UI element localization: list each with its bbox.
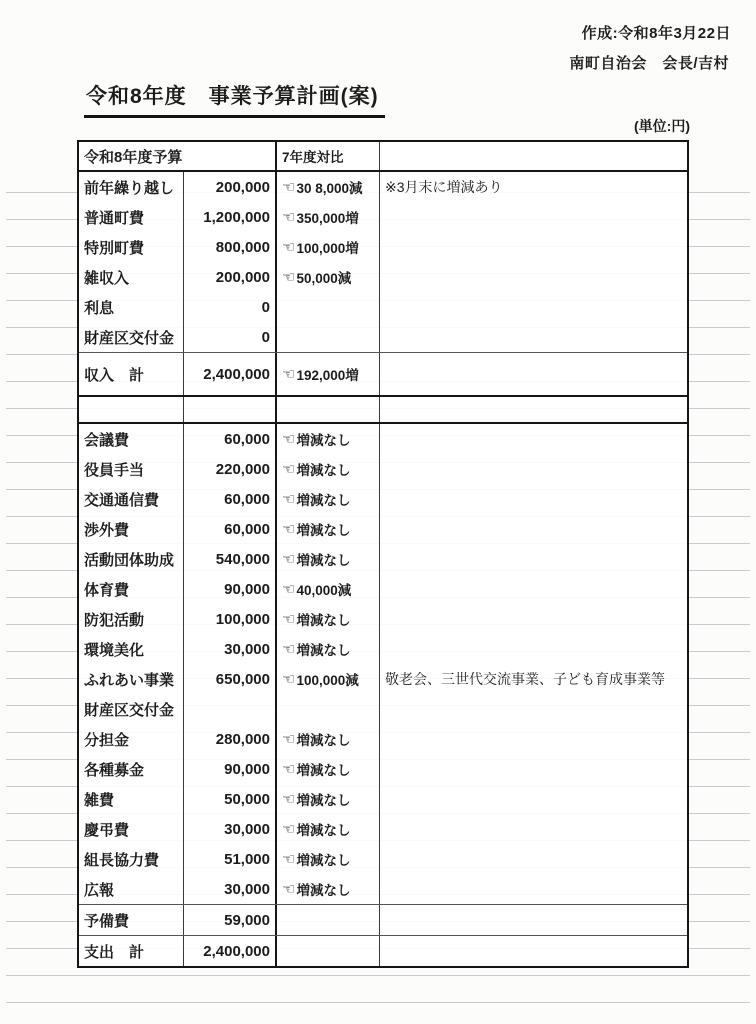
created-date-line: 作成:令和8年3月22日 xyxy=(582,22,731,43)
row-note xyxy=(380,874,687,904)
row-item-label: 収入 計 xyxy=(79,353,184,395)
row-comparison: ☜増減なし xyxy=(277,874,380,904)
row-item-label: 支出 計 xyxy=(79,936,184,966)
comparison-text: 増減なし xyxy=(296,759,350,779)
row-item-label: 雑費 xyxy=(79,784,184,814)
pointing-hand-icon: ☜ xyxy=(282,210,295,225)
pointing-hand-icon: ☜ xyxy=(282,522,295,537)
separator-cell xyxy=(184,397,277,422)
row-amount: 1,200,000 xyxy=(184,202,277,232)
row-note xyxy=(380,424,687,454)
row-amount: 220,000 xyxy=(184,454,277,484)
table-row: 活動団体助成 540,000 ☜増減なし xyxy=(79,544,687,574)
row-comparison: ☜増減なし xyxy=(277,634,380,664)
pointing-hand-icon: ☜ xyxy=(282,762,295,777)
table-row: 交通通信費 60,000 ☜増減なし xyxy=(79,484,687,514)
pointing-hand-icon: ☜ xyxy=(282,552,295,567)
row-note: ※3月末に増減あり xyxy=(380,172,687,202)
row-note: 敬老会、三世代交流事業、子ども育成事業等 xyxy=(380,664,687,694)
comparison-text: 350,000増 xyxy=(296,207,358,227)
row-comparison: ☜増減なし xyxy=(277,724,380,754)
row-comparison: ☜増減なし xyxy=(277,844,380,874)
comparison-text: 192,000増 xyxy=(296,364,358,384)
table-row: 普通町費 1,200,000 ☜350,000増 xyxy=(79,202,687,232)
row-comparison: ☜増減なし xyxy=(277,424,380,454)
row-item-label: 特別町費 xyxy=(79,232,184,262)
scanned-document-page: 作成:令和8年3月22日 南町自治会 会長/吉村 令和8年度 事業予算計画(案)… xyxy=(0,0,756,1024)
row-note xyxy=(380,202,687,232)
row-comparison: ☜増減なし xyxy=(277,514,380,544)
table-row: 各種募金 90,000 ☜増減なし xyxy=(79,754,687,784)
row-amount: 200,000 xyxy=(184,172,277,202)
row-note xyxy=(380,724,687,754)
row-amount: 60,000 xyxy=(184,424,277,454)
comparison-text: 増減なし xyxy=(296,789,350,809)
row-item-label: 財産区交付金 xyxy=(79,694,184,724)
row-note xyxy=(380,544,687,574)
pointing-hand-icon: ☜ xyxy=(282,822,295,837)
table-row: 会議費 60,000 ☜増減なし xyxy=(79,424,687,454)
row-note xyxy=(380,514,687,544)
table-row: 財産区交付金 xyxy=(79,694,687,724)
comparison-text: 100,000増 xyxy=(296,237,358,257)
row-comparison xyxy=(277,905,380,935)
row-note xyxy=(380,784,687,814)
row-comparison: ☜増減なし xyxy=(277,544,380,574)
unit-label: (単位:円) xyxy=(634,116,690,136)
row-item-label: 環境美化 xyxy=(79,634,184,664)
row-amount: 650,000 xyxy=(184,664,277,694)
row-amount: 30,000 xyxy=(184,634,277,664)
table-row: 渉外費 60,000 ☜増減なし xyxy=(79,514,687,544)
separator-row xyxy=(79,395,687,424)
row-item-label: 組長協力費 xyxy=(79,844,184,874)
row-item-label: 各種募金 xyxy=(79,754,184,784)
row-item-label: 慶弔費 xyxy=(79,814,184,844)
comparison-text: 50,000減 xyxy=(296,267,351,287)
row-item-label: 普通町費 xyxy=(79,202,184,232)
comparison-text: 増減なし xyxy=(296,639,350,659)
row-comparison: ☜350,000増 xyxy=(277,202,380,232)
comparison-text: 100,000減 xyxy=(296,669,358,689)
header-note-cell xyxy=(380,142,687,170)
row-comparison: ☜増減なし xyxy=(277,484,380,514)
row-amount: 0 xyxy=(184,292,277,322)
row-item-label: 利息 xyxy=(79,292,184,322)
row-comparison: ☜30 8,000減 xyxy=(277,172,380,202)
row-item-label: 前年繰り越し xyxy=(79,172,184,202)
row-amount: 90,000 xyxy=(184,754,277,784)
comparison-text: 30 8,000減 xyxy=(296,177,362,197)
table-row: 慶弔費 30,000 ☜増減なし xyxy=(79,814,687,844)
table-row: 役員手当 220,000 ☜増減なし xyxy=(79,454,687,484)
table-row: 利息 0 xyxy=(79,292,687,322)
row-comparison xyxy=(277,936,380,966)
row-note xyxy=(380,604,687,634)
expense-total-row: 支出 計 2,400,000 xyxy=(79,935,687,966)
row-note xyxy=(380,262,687,292)
table-row: 分担金 280,000 ☜増減なし xyxy=(79,724,687,754)
table-row: 防犯活動 100,000 ☜増減なし xyxy=(79,604,687,634)
row-amount: 540,000 xyxy=(184,544,277,574)
pointing-hand-icon: ☜ xyxy=(282,432,295,447)
pointing-hand-icon: ☜ xyxy=(282,672,295,687)
row-item-label: 体育費 xyxy=(79,574,184,604)
row-amount: 280,000 xyxy=(184,724,277,754)
comparison-text: 増減なし xyxy=(296,549,350,569)
pointing-hand-icon: ☜ xyxy=(282,367,295,382)
reserve-row: 予備費 59,000 xyxy=(79,904,687,935)
comparison-text: 40,000減 xyxy=(296,579,351,599)
table-row: 特別町費 800,000 ☜100,000増 xyxy=(79,232,687,262)
comparison-text: 増減なし xyxy=(296,519,350,539)
pointing-hand-icon: ☜ xyxy=(282,882,295,897)
row-amount: 800,000 xyxy=(184,232,277,262)
comparison-text: 増減なし xyxy=(296,489,350,509)
table-row: 雑費 50,000 ☜増減なし xyxy=(79,784,687,814)
row-amount: 60,000 xyxy=(184,484,277,514)
row-note xyxy=(380,634,687,664)
organization-line: 南町自治会 会長/吉村 xyxy=(569,52,729,73)
comparison-text: 増減なし xyxy=(296,459,350,479)
row-amount: 200,000 xyxy=(184,262,277,292)
income-total-row: 収入 計 2,400,000 ☜192,000増 xyxy=(79,352,687,395)
row-amount: 100,000 xyxy=(184,604,277,634)
document-title: 令和8年度 事業予算計画(案) xyxy=(84,80,385,118)
row-comparison: ☜192,000増 xyxy=(277,353,380,395)
table-row: 広報 30,000 ☜増減なし xyxy=(79,874,687,904)
row-comparison: ☜増減なし xyxy=(277,784,380,814)
row-note xyxy=(380,814,687,844)
row-amount: 60,000 xyxy=(184,514,277,544)
comparison-text: 増減なし xyxy=(296,819,350,839)
row-note xyxy=(380,484,687,514)
row-comparison: ☜50,000減 xyxy=(277,262,380,292)
pointing-hand-icon: ☜ xyxy=(282,642,295,657)
pointing-hand-icon: ☜ xyxy=(282,792,295,807)
row-item-label: 広報 xyxy=(79,874,184,904)
row-item-label: ふれあい事業 xyxy=(79,664,184,694)
pointing-hand-icon: ☜ xyxy=(282,492,295,507)
comparison-text: 増減なし xyxy=(296,729,350,749)
comparison-text: 増減なし xyxy=(296,429,350,449)
comparison-text: 増減なし xyxy=(296,879,350,899)
row-amount: 59,000 xyxy=(184,905,277,935)
row-amount: 51,000 xyxy=(184,844,277,874)
comparison-text: 増減なし xyxy=(296,609,350,629)
row-note xyxy=(380,936,687,966)
row-comparison: ☜増減なし xyxy=(277,754,380,784)
row-item-label: 分担金 xyxy=(79,724,184,754)
row-amount xyxy=(184,694,277,724)
row-item-label: 予備費 xyxy=(79,905,184,935)
row-note xyxy=(380,353,687,395)
row-item-label: 渉外費 xyxy=(79,514,184,544)
pointing-hand-icon: ☜ xyxy=(282,612,295,627)
row-comparison xyxy=(277,292,380,322)
separator-cell xyxy=(79,397,184,422)
pointing-hand-icon: ☜ xyxy=(282,732,295,747)
row-amount: 2,400,000 xyxy=(184,936,277,966)
pointing-hand-icon: ☜ xyxy=(282,852,295,867)
row-item-label: 防犯活動 xyxy=(79,604,184,634)
table-header-row: 令和8年度予算 7年度対比 xyxy=(79,142,687,172)
row-comparison xyxy=(277,694,380,724)
row-amount: 50,000 xyxy=(184,784,277,814)
row-amount: 30,000 xyxy=(184,814,277,844)
row-amount: 30,000 xyxy=(184,874,277,904)
comparison-text: 増減なし xyxy=(296,849,350,869)
table-row: 環境美化 30,000 ☜増減なし xyxy=(79,634,687,664)
table-row: ふれあい事業 650,000 ☜100,000減 敬老会、三世代交流事業、子ども… xyxy=(79,664,687,694)
separator-cell xyxy=(380,397,687,422)
row-comparison: ☜増減なし xyxy=(277,454,380,484)
row-note xyxy=(380,905,687,935)
row-item-label: 役員手当 xyxy=(79,454,184,484)
row-item-label: 財産区交付金 xyxy=(79,322,184,352)
row-note xyxy=(380,292,687,322)
table-row: 体育費 90,000 ☜40,000減 xyxy=(79,574,687,604)
pointing-hand-icon: ☜ xyxy=(282,240,295,255)
row-comparison: ☜増減なし xyxy=(277,814,380,844)
row-note xyxy=(380,454,687,484)
row-item-label: 雑収入 xyxy=(79,262,184,292)
pointing-hand-icon: ☜ xyxy=(282,462,295,477)
row-amount: 2,400,000 xyxy=(184,353,277,395)
pointing-hand-icon: ☜ xyxy=(282,270,295,285)
row-comparison xyxy=(277,322,380,352)
row-comparison: ☜100,000増 xyxy=(277,232,380,262)
row-note xyxy=(380,694,687,724)
row-comparison: ☜40,000減 xyxy=(277,574,380,604)
table-row: 前年繰り越し 200,000 ☜30 8,000減 ※3月末に増減あり xyxy=(79,172,687,202)
row-comparison: ☜100,000減 xyxy=(277,664,380,694)
row-note xyxy=(380,322,687,352)
table-row: 組長協力費 51,000 ☜増減なし xyxy=(79,844,687,874)
separator-cell xyxy=(277,397,380,422)
row-item-label: 会議費 xyxy=(79,424,184,454)
row-note xyxy=(380,574,687,604)
row-note xyxy=(380,754,687,784)
budget-table: 令和8年度予算 7年度対比 前年繰り越し 200,000 ☜30 8,000減 … xyxy=(77,140,689,968)
header-compare-cell: 7年度対比 xyxy=(277,142,380,170)
row-note xyxy=(380,844,687,874)
table-row: 雑収入 200,000 ☜50,000減 xyxy=(79,262,687,292)
row-amount: 90,000 xyxy=(184,574,277,604)
row-amount: 0 xyxy=(184,322,277,352)
pointing-hand-icon: ☜ xyxy=(282,180,295,195)
row-note xyxy=(380,232,687,262)
header-budget-cell: 令和8年度予算 xyxy=(79,142,277,170)
table-row: 財産区交付金 0 xyxy=(79,322,687,352)
row-item-label: 交通通信費 xyxy=(79,484,184,514)
row-item-label: 活動団体助成 xyxy=(79,544,184,574)
row-comparison: ☜増減なし xyxy=(277,604,380,634)
pointing-hand-icon: ☜ xyxy=(282,582,295,597)
